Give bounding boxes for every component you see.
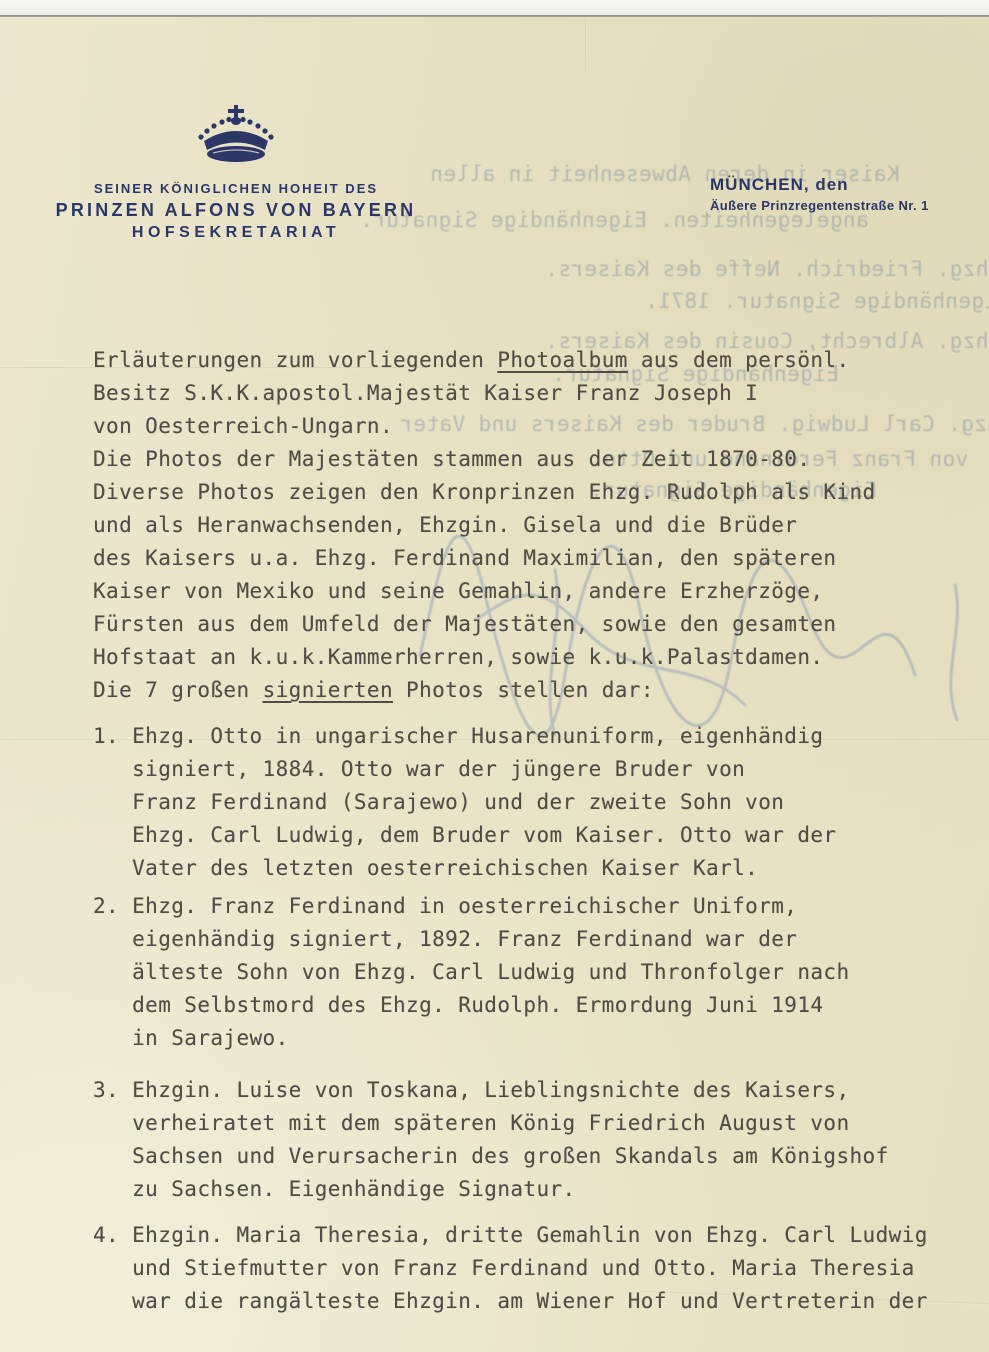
typed-line: Diverse Photos zeigen den Kronprinzen Eh… xyxy=(93,476,973,509)
typed-line: und als Heranwachsenden, Ehzgin. Gisela … xyxy=(93,509,973,542)
typed-line: Die 7 großen signierten Photos stellen d… xyxy=(93,674,973,707)
typed-line: des Kaisers u.a. Ehzg. Ferdinand Maximil… xyxy=(93,542,973,575)
typed-paragraph: 1. Ehzg. Otto in ungarischer Husarenunif… xyxy=(93,720,973,885)
bleedthrough-line: Eigenhändige Signatur. 1871. xyxy=(645,289,989,313)
typed-line: Die Photos der Majestäten stammen aus de… xyxy=(93,443,973,476)
typed-line: 1. Ehzg. Otto in ungarischer Husarenunif… xyxy=(93,720,973,753)
letterhead-block: SEINER KÖNIGLICHEN HOHEIT DES PRINZEN AL… xyxy=(40,105,432,242)
typed-line: Fürsten aus dem Umfeld der Majestäten, s… xyxy=(93,608,973,641)
letterhead-street-line: Äußere Prinzregentenstraße Nr. 1 xyxy=(710,198,929,213)
scanned-letter-page: Kaiser in deren Abwesenheit in allenange… xyxy=(0,0,989,1352)
typed-line: Erläuterungen zum vorliegenden Photoalbu… xyxy=(93,344,973,377)
letterhead-city-date-line: MÜNCHEN, den xyxy=(710,175,929,195)
royal-crown-icon xyxy=(191,105,281,167)
typed-line: zu Sachsen. Eigenhändige Signatur. xyxy=(93,1173,973,1206)
typed-line: Hofstaat an k.u.k.Kammerherren, sowie k.… xyxy=(93,641,973,674)
typed-paragraph: 3. Ehzgin. Luise von Toskana, Lieblingsn… xyxy=(93,1074,973,1206)
typed-line: 3. Ehzgin. Luise von Toskana, Lieblingsn… xyxy=(93,1074,973,1107)
typed-line: und Stiefmutter von Franz Ferdinand und … xyxy=(93,1252,973,1285)
typed-line: dem Selbstmord des Ehzg. Rudolph. Ermord… xyxy=(93,989,973,1022)
typed-line: eigenhändig signiert, 1892. Franz Ferdin… xyxy=(93,923,973,956)
letterhead-address-block: MÜNCHEN, den Äußere Prinzregentenstraße … xyxy=(710,175,929,213)
letter-paper: Kaiser in deren Abwesenheit in allenange… xyxy=(0,17,989,1352)
typed-line: Kaiser von Mexiko und seine Gemahlin, an… xyxy=(93,575,973,608)
bleedthrough-line: 5. Ehzg. Friedrich. Neffe des Kaisers. xyxy=(545,257,989,281)
letterhead-line-2: PRINZEN ALFONS VON BAYERN xyxy=(40,200,432,221)
typed-line: Besitz S.K.K.apostol.Majestät Kaiser Fra… xyxy=(93,377,973,410)
typed-paragraph: Erläuterungen zum vorliegenden Photoalbu… xyxy=(93,344,973,707)
typed-line: Franz Ferdinand (Sarajewo) und der zweit… xyxy=(93,786,973,819)
typed-line: signiert, 1884. Otto war der jüngere Bru… xyxy=(93,753,973,786)
typed-line: Vater des letzten oesterreichischen Kais… xyxy=(93,852,973,885)
typed-line: Ehzg. Carl Ludwig, dem Bruder vom Kaiser… xyxy=(93,819,973,852)
letterhead-line-3: HOFSEKRETARIAT xyxy=(40,224,432,242)
fold-crease xyxy=(585,17,587,72)
typed-line: war die rangälteste Ehzgin. am Wiener Ho… xyxy=(93,1285,973,1318)
typed-line: 2. Ehzg. Franz Ferdinand in oesterreichi… xyxy=(93,890,973,923)
typed-line: von Oesterreich-Ungarn. xyxy=(93,410,973,443)
typed-line: 4. Ehzgin. Maria Theresia, dritte Gemahl… xyxy=(93,1219,973,1252)
typed-line: in Sarajewo. xyxy=(93,1022,973,1055)
typed-document-body: Erläuterungen zum vorliegenden Photoalbu… xyxy=(93,344,973,1318)
typed-line: älteste Sohn von Ehzg. Carl Ludwig und T… xyxy=(93,956,973,989)
typed-line: Sachsen und Verursacherin des großen Ska… xyxy=(93,1140,973,1173)
letterhead-line-1: SEINER KÖNIGLICHEN HOHEIT DES xyxy=(40,181,432,196)
typed-paragraph: 4. Ehzgin. Maria Theresia, dritte Gemahl… xyxy=(93,1219,973,1318)
typed-line: verheiratet mit dem späteren König Fried… xyxy=(93,1107,973,1140)
typed-paragraph: 2. Ehzg. Franz Ferdinand in oesterreichi… xyxy=(93,890,973,1055)
scanner-background xyxy=(0,0,989,16)
